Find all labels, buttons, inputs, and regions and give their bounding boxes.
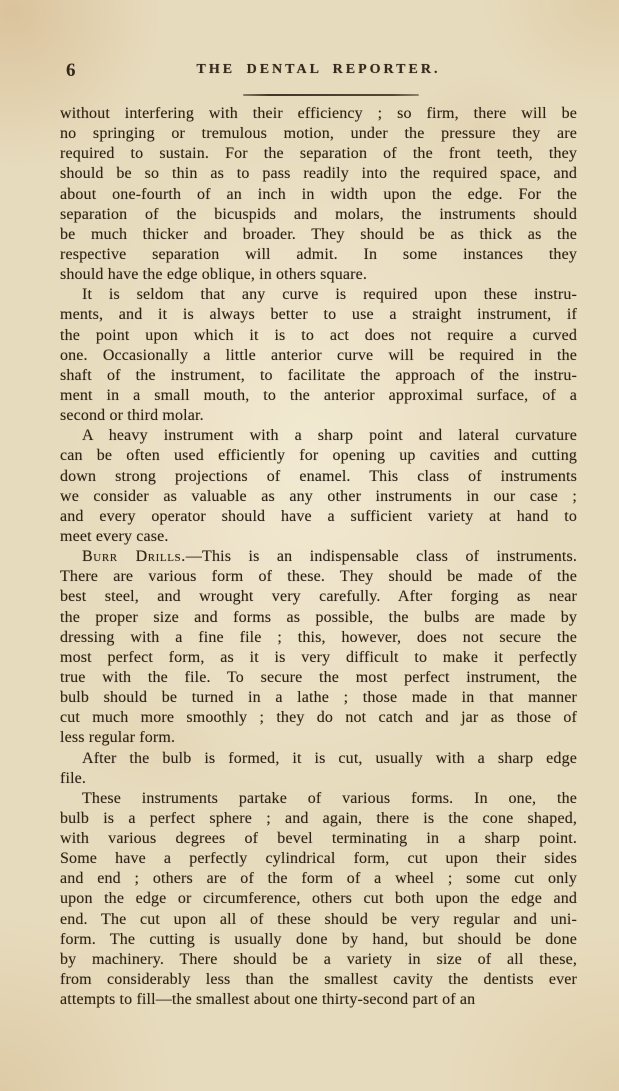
text-line: file. <box>60 769 577 789</box>
paragraph: It is seldom that any curve is required … <box>60 285 577 426</box>
text-line: respective separation will admit. In som… <box>60 245 577 265</box>
text-line: ment in a small mouth, to the anterior a… <box>60 386 577 406</box>
text-line: A heavy instrument with a sharp point an… <box>60 426 577 446</box>
scanned-page: 6 THE DENTAL REPORTER. without interferi… <box>0 0 619 1091</box>
paragraph: Burr Drills.—This is an indispensable cl… <box>60 547 577 748</box>
body-text: without interfering with their efficienc… <box>60 104 577 1010</box>
text-line: less regular form. <box>60 728 577 748</box>
text-line: dressing with a fine file ; this, howeve… <box>60 628 577 648</box>
text-line: bulb is a perfect sphere ; and again, th… <box>60 809 577 829</box>
text-line: ments, and it is always better to use a … <box>60 305 577 325</box>
text-line: second or third molar. <box>60 406 577 426</box>
text-line: There are various form of these. They sh… <box>60 567 577 587</box>
text-line: meet every case. <box>60 527 577 547</box>
text-line: by machinery. There should be a variety … <box>60 950 577 970</box>
paragraph: without interfering with their efficienc… <box>60 104 577 285</box>
text-line: After the bulb is formed, it is cut, usu… <box>60 749 577 769</box>
text-line: should be so thin as to pass readily int… <box>60 164 577 184</box>
text-line: end. The cut upon all of these should be… <box>60 910 577 930</box>
text-line: we consider as valuable as any other ins… <box>60 487 577 507</box>
text-line: form. The cutting is usually done by han… <box>60 930 577 950</box>
header-rule <box>243 94 419 96</box>
paragraph: These instruments partake of various for… <box>60 789 577 1011</box>
text-line: down strong projections of enamel. This … <box>60 467 577 487</box>
text-line: shaft of the instrument, to facilitate t… <box>60 366 577 386</box>
text-line: separation of the bicuspids and molars, … <box>60 205 577 225</box>
text-line: can be often used efficiently for openin… <box>60 446 577 466</box>
text-line: from considerably less than the smallest… <box>60 970 577 990</box>
small-caps-heading: Burr Drills. <box>82 548 186 565</box>
page-header: 6 THE DENTAL REPORTER. <box>0 58 619 88</box>
text-line: Burr Drills.—This is an indispensable cl… <box>60 547 577 567</box>
text-line: cut much more smoothly ; they do not cat… <box>60 708 577 728</box>
text-line: most perfect form, as it is very difficu… <box>60 648 577 668</box>
text-line: and every operator should have a suffici… <box>60 507 577 527</box>
text-line: It is seldom that any curve is required … <box>60 285 577 305</box>
paragraph: After the bulb is formed, it is cut, usu… <box>60 749 577 789</box>
text-line: be much thicker and broader. They should… <box>60 225 577 245</box>
text-line: the point upon which it is to act does n… <box>60 326 577 346</box>
header-title: THE DENTAL REPORTER. <box>60 62 577 78</box>
text-line: Some have a perfectly cylindrical form, … <box>60 849 577 869</box>
text-line: required to sustain. For the separation … <box>60 144 577 164</box>
text-line: one. Occasionally a little anterior curv… <box>60 346 577 366</box>
text-line: about one-fourth of an inch in width upo… <box>60 185 577 205</box>
text-line: upon the edge or circumference, others c… <box>60 889 577 909</box>
text-line: bulb should be turned in a lathe ; those… <box>60 688 577 708</box>
paragraph: A heavy instrument with a sharp point an… <box>60 426 577 547</box>
text-line: and end ; others are of the form of a wh… <box>60 869 577 889</box>
text-line: These instruments partake of various for… <box>60 789 577 809</box>
text-line: should have the edge oblique, in others … <box>60 265 577 285</box>
text-line: without interfering with their efficienc… <box>60 104 577 124</box>
text-line: with various degrees of bevel terminatin… <box>60 829 577 849</box>
text-line: true with the file. To secure the most p… <box>60 668 577 688</box>
text-line: no springing or tremulous motion, under … <box>60 124 577 144</box>
text-line: attempts to fill—the smallest about one … <box>60 990 577 1010</box>
text-line: the proper size and forms as possible, t… <box>60 608 577 628</box>
text-line: best steel, and wrought very carefully. … <box>60 587 577 607</box>
